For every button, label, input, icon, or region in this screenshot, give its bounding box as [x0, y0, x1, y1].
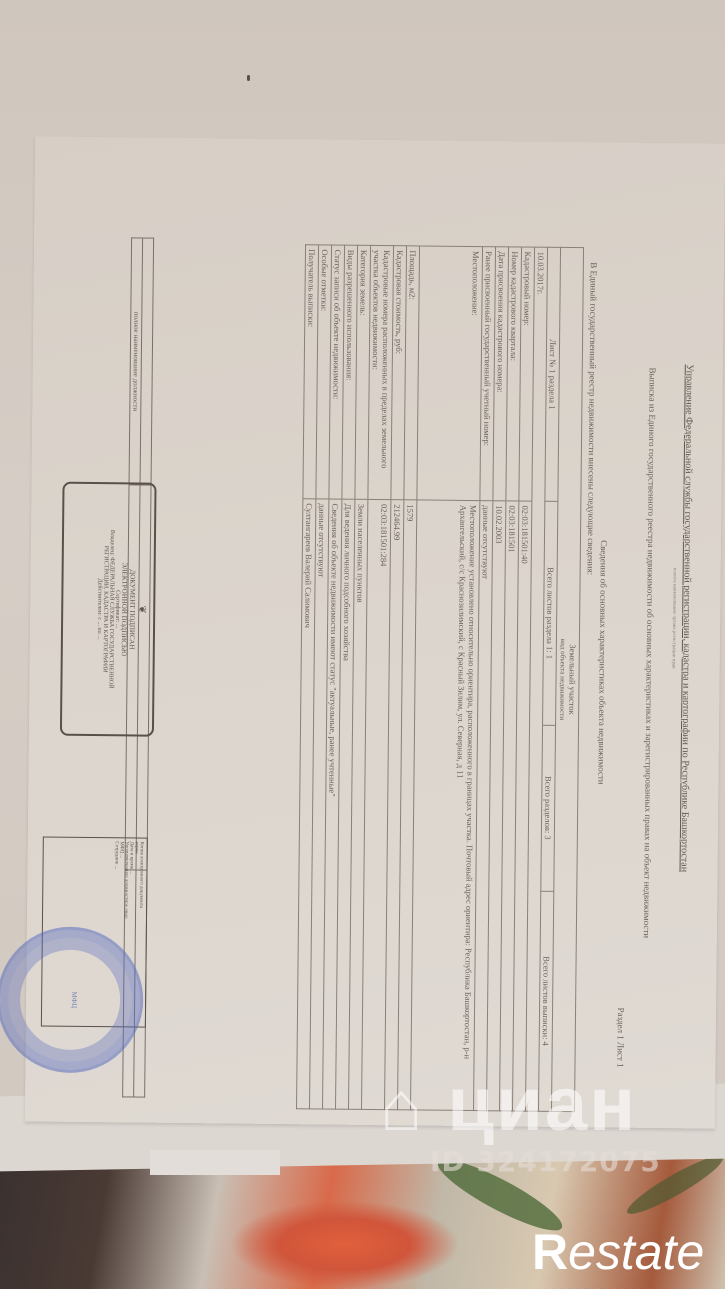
table-row: Местоположение: Местоположение установле…	[411, 246, 483, 1111]
cian-watermark: ⌂ циан	[380, 1060, 680, 1150]
dust-speck	[247, 75, 250, 81]
row-label: Дата присвоения кадастрового номера:	[493, 247, 509, 501]
row-label: Кадастровые номера расположенных в преде…	[368, 245, 394, 499]
agency-header: Управление Федеральной службы государств…	[678, 348, 695, 888]
stamp-text: МФЦ	[69, 930, 78, 1070]
house-logo-icon: ⌂	[380, 1067, 424, 1145]
restate-logo: Restate	[532, 1222, 704, 1282]
agency-subheader: полное наименование органа регистрации п…	[670, 503, 677, 733]
row-label: Особые отметки:	[316, 245, 332, 499]
row-label: Кадастровая стоимость, руб:	[391, 246, 407, 500]
row-label: Категория земель:	[355, 245, 371, 499]
document-page-rotated: Управление Федеральной службы государств…	[25, 136, 725, 1128]
row-label: Виды разрешенного использования:	[342, 245, 358, 499]
row-label: Площадь, м2:	[404, 246, 420, 500]
row-label: Номер кадастрового квартала:	[506, 247, 522, 501]
total-sections: Всего разделов: 3	[541, 725, 556, 891]
property-table: Земельный участок вид объекта недвижимос…	[296, 244, 584, 1112]
row-label: Статус записи об объекте недвижимости:	[329, 245, 345, 499]
section-marker: Раздел 1 Лист 1	[615, 1007, 626, 1067]
restate-logo-r: R	[532, 1224, 568, 1280]
row-value: Местоположение установлено относительно …	[411, 500, 480, 1111]
row-label: Получатель выписки:	[303, 245, 319, 499]
row-label: Местоположение:	[417, 246, 483, 501]
info-title: Сведения об основных характеристиках объ…	[595, 402, 610, 922]
restate-logo-text: estate	[568, 1224, 704, 1280]
electronic-signature-box: ❦ ДОКУМЕНТ ПОДПИСАН ЭЛЕКТРОННОЙ ПОДПИСЬЮ…	[60, 482, 157, 737]
row-label: Кадастровый номер:	[519, 247, 535, 501]
row-label: Ранее присвоенный государственный учетны…	[480, 247, 496, 501]
underlying-paper-edge	[150, 1150, 280, 1175]
background-flower	[230, 1200, 460, 1289]
cian-watermark-text: циан	[447, 1062, 637, 1147]
listing-id-watermark: ID 324172075	[430, 1145, 661, 1178]
document-sheet: Управление Федеральной службы государств…	[25, 136, 725, 1128]
sheet-number: Лист № 1 раздела 1	[545, 247, 561, 501]
total-sheets-section: Всего листов раздела 1: 1	[543, 501, 558, 725]
extract-title: Выписка из Единого государственного реес…	[641, 253, 659, 1053]
